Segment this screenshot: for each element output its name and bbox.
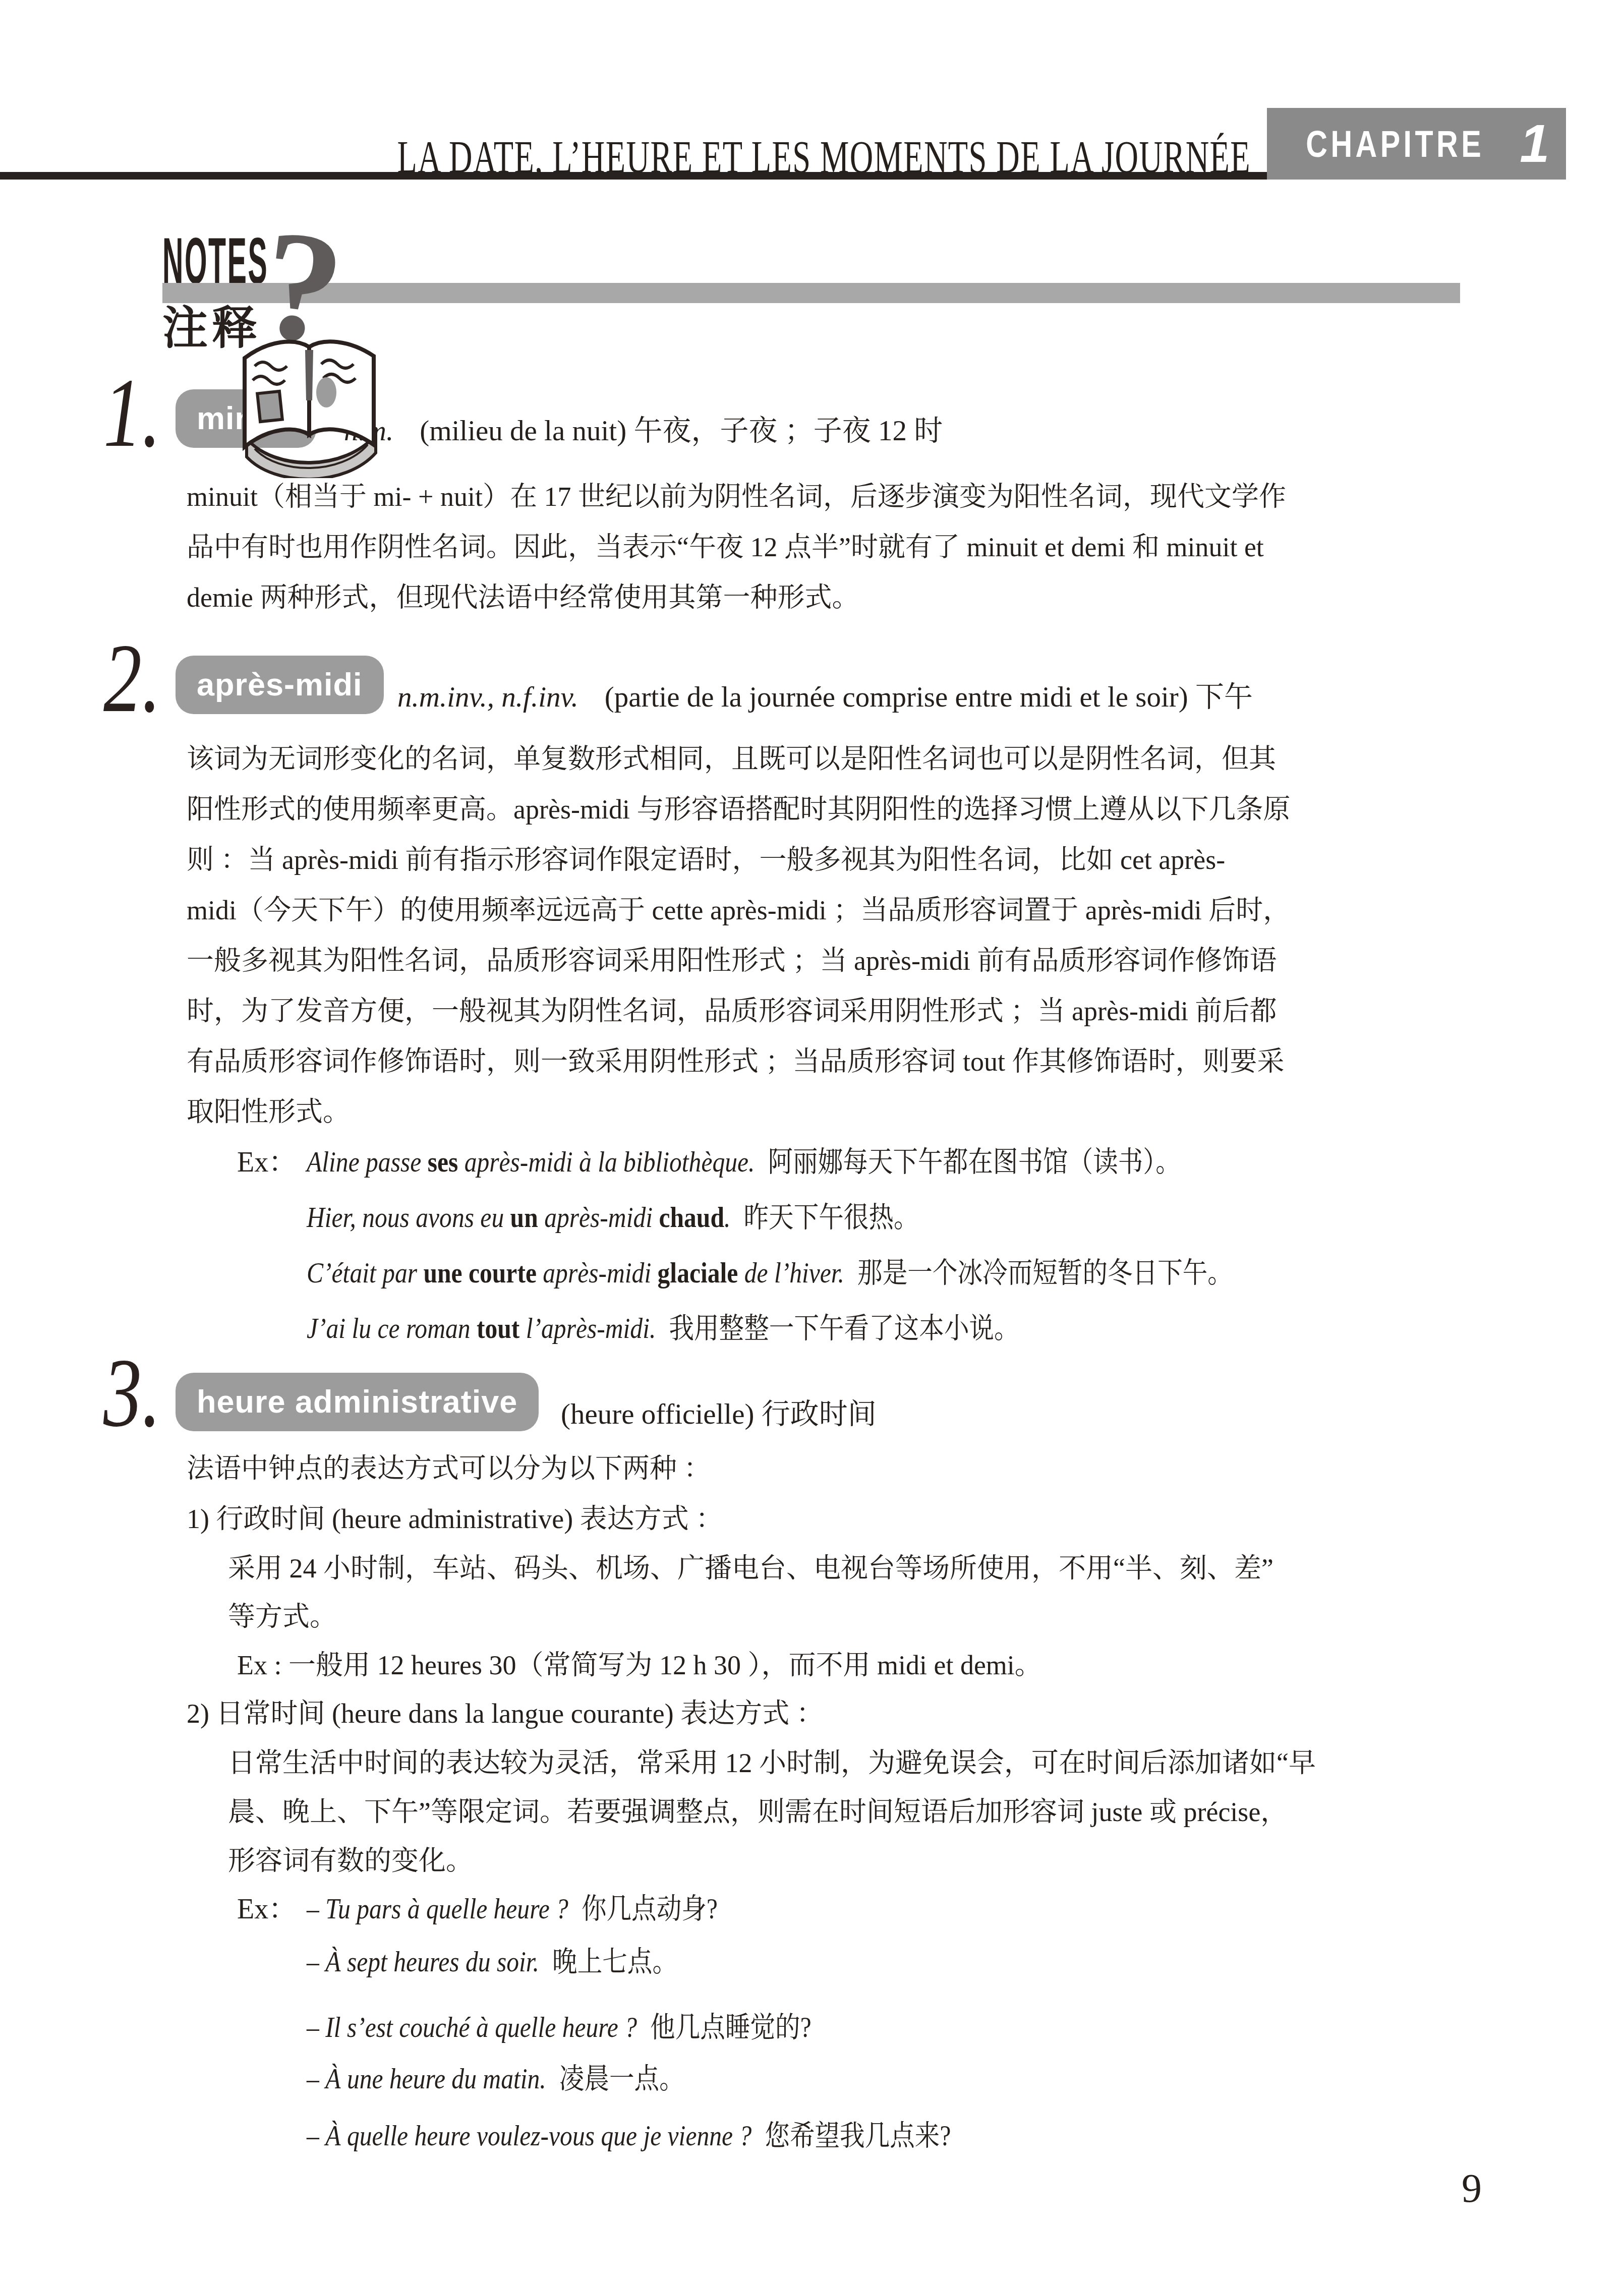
entry2-headline: n.m.inv., n.f.inv.(partie de la journée … <box>397 676 1253 719</box>
entry2-body-line: midi（今天下午）的使用频率远远高于 cette après-midi ；当品… <box>187 885 1290 935</box>
entry2-body-line: 一般多视其为阳性名词，品质形容词采用阳性形式 ；当 après-midi 前有品… <box>187 935 1277 986</box>
dialogue-french: – À une heure du matin. <box>307 2063 546 2095</box>
chapter-word: CHAPITRE <box>1306 123 1484 165</box>
entry2-example-line: J’ai lu ce roman tout l’après-midi.我用整整一… <box>307 1304 1019 1354</box>
example-chinese: 昨天下午很热。 <box>743 1202 918 1234</box>
entry3-term: heure administrative <box>176 1373 539 1431</box>
entry2-pos: n.m.inv., n.f.inv. <box>397 681 578 713</box>
entry1-number: 1. <box>103 364 161 462</box>
entry3-number: 3. <box>103 1344 161 1442</box>
entry2-term: après-midi <box>176 656 384 714</box>
entry2-example-label: Ex： <box>237 1137 297 1188</box>
dialogue-french: – À sept heures du soir. <box>307 1946 539 1978</box>
example-chinese: 阿丽娜每天下午都在图书馆（读书）。 <box>768 1146 1181 1178</box>
dialogue-chinese: 您希望我几点来? <box>765 2120 951 2152</box>
entry2-example-line: Hier, nous avons eu un après-midi chaud.… <box>307 1193 919 1243</box>
entry3-headline: (heure officielle) 行政时间 <box>561 1393 877 1436</box>
example-french: Aline passe ses après-midi à la biblioth… <box>307 1146 755 1178</box>
entry2-body-line: 取阳性形式。 <box>187 1087 350 1137</box>
entry3-term-pill-wrap: heure administrative <box>176 1373 539 1431</box>
entry2-body-line: 则 ：当 après-midi 前有指示形容词作限定语时，一般多视其为阳性名词，… <box>187 835 1225 885</box>
entry2-body-line: 该词为无词形变化的名词，单复数形式相同，且既可以是阳性名词也可以是阴性名词，但其 <box>187 734 1276 784</box>
chapter-badge: CHAPITRE 1 <box>1267 108 1566 180</box>
entry1-body-line: minuit（相当于 mi- + nuit）在 17 世纪以前为阴性名词，后逐步… <box>187 472 1286 522</box>
entry1-body-line: 品中有时也用作阴性名词。因此，当表示“午夜 12 点半”时就有了 minuit … <box>187 522 1264 572</box>
entry3-intro: 法语中钟点的表达方式可以分为以下两种 ： <box>187 1443 711 1494</box>
dialogue-chinese: 凌晨一点。 <box>559 2063 684 2095</box>
open-book-question-icon: ? <box>224 211 396 478</box>
entry3-item2-head: 2) 日常时间 (heure dans la langue courante) … <box>187 1688 824 1739</box>
dialogue-chinese: 晚上七点。 <box>552 1946 677 1978</box>
entry2-number: 2. <box>103 629 161 728</box>
entry2-body-line: 时，为了发音方便，一般视其为阴性名词，品质形容词采用阴性形式 ；当 après-… <box>187 986 1277 1036</box>
entry3-dialogue-line: – À quelle heure voulez-vous que je vien… <box>307 2111 951 2161</box>
entry2-example-line: Aline passe ses après-midi à la biblioth… <box>307 1137 1181 1188</box>
entry3-item1-head: 1) 行政时间 (heure administrative) 表达方式 ： <box>187 1494 723 1544</box>
entry2-example-line: C’était par une courte après-midi glacia… <box>307 1248 1233 1299</box>
entry2-gloss: (partie de la journée comprise entre mid… <box>605 681 1253 713</box>
dialogue-french: – À quelle heure voulez-vous que je vien… <box>307 2120 751 2152</box>
entry3-dialogue-line: – À sept heures du soir.晚上七点。 <box>307 1937 677 1987</box>
entry3-example-label: Ex： <box>237 1884 297 1935</box>
entry1-body-line: demie 两种形式，但现代法语中经常使用其第一种形式。 <box>187 572 859 623</box>
chapter-number: 1 <box>1520 113 1549 174</box>
entry3-item1-example: Ex : 一般用 12 heures 30（常简写为 12 h 30 ），而不用… <box>237 1640 1042 1690</box>
entry2-body-line: 阳性形式的使用频率更高。après-midi 与形容语搭配时其阴阳性的选择习惯上… <box>187 784 1290 835</box>
entry3-dialogue-line: – À une heure du matin.凌晨一点。 <box>307 2054 684 2104</box>
entry3-dialogue-line: – Il s’est couché à quelle heure ?他几点睡觉的… <box>307 2003 811 2053</box>
entry2-body-line: 有品质形容词作修饰语时，则一致采用阴性形式 ；当品质形容词 tout 作其修饰语… <box>187 1036 1285 1087</box>
example-chinese: 那是一个冰冷而短暂的冬日下午。 <box>857 1257 1233 1289</box>
dialogue-chinese: 你几点动身? <box>582 1893 718 1925</box>
dialogue-french: – Il s’est couché à quelle heure ? <box>307 2012 637 2043</box>
entry1-headline: n.m.(milieu de la nuit) 午夜，子夜 ；子夜 12 时 <box>344 409 943 453</box>
entry3-item2-line: 日常生活中时间的表达较为灵活，常采用 12 小时制，为避免误会，可在时间后添加诸… <box>228 1738 1316 1788</box>
entry3-dialogue-line: – Tu pars à quelle heure ?你几点动身? <box>307 1884 718 1935</box>
entry3-item2-line: 形容词有数的变化。 <box>228 1836 473 1886</box>
entry3-item1-line: 采用 24 小时制，车站、码头、机场、广播电台、电视台等场所使用，不用“半、刻、… <box>228 1543 1273 1594</box>
entry1-gloss: (milieu de la nuit) 午夜，子夜 ；子夜 12 时 <box>420 415 943 447</box>
header-rule <box>0 172 1267 180</box>
page-number: 9 <box>1462 2169 1482 2209</box>
example-french: C’était par une courte après-midi glacia… <box>307 1257 844 1289</box>
textbook-page: LA DATE, L’HEURE ET LES MOMENTS DE LA JO… <box>0 0 1624 2282</box>
entry3-item2-line: 晨、晚上、下午”等限定词。若要强调整点，则需在时间短语后加形容词 juste 或… <box>228 1787 1288 1837</box>
entry3-item1-line: 等方式。 <box>228 1592 337 1642</box>
example-chinese: 我用整整一下午看了这本小说。 <box>669 1313 1019 1344</box>
entry2-term-pill-wrap: après-midi <box>176 656 384 714</box>
dialogue-french: – Tu pars à quelle heure ? <box>307 1893 568 1925</box>
example-french: Hier, nous avons eu un après-midi chaud. <box>307 1202 730 1234</box>
dialogue-chinese: 他几点睡觉的? <box>650 2012 811 2043</box>
example-french: J’ai lu ce roman tout l’après-midi. <box>307 1313 656 1344</box>
entry3-gloss: (heure officielle) 行政时间 <box>561 1398 877 1430</box>
